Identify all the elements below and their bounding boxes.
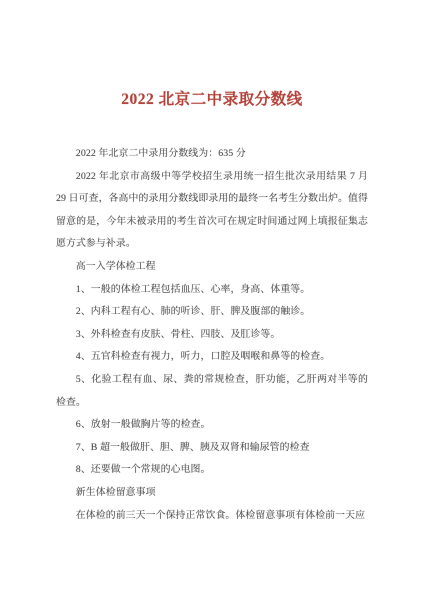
exam-item-8: 8、还要做一个常规的心电图。 <box>56 459 368 482</box>
exam-item-6: 6、放射一般做胸片等的检查。 <box>56 414 368 437</box>
exam-item-7: 7、B 超一般做肝、胆、脾、胰及双肾和输尿管的检查 <box>56 437 368 460</box>
exam-item-4: 4、五官科检查有视力，听力，口腔及咽喉和鼻等的检查。 <box>56 346 368 369</box>
document-body: 2022 年北京二中录用分数线为：635 分 2022 年北京市高级中等学校招生… <box>56 143 368 527</box>
notes-paragraph: 在体检的前三天一个保持正常饮食。体检留意事项有体检前一天应 <box>56 505 368 528</box>
heading-freshman-physical-exam: 高一入学体检工程 <box>56 256 368 279</box>
document-page: 2022 北京二中录取分数线 2022 年北京二中录用分数线为：635 分 20… <box>0 0 424 600</box>
exam-item-5: 5、化验工程有血、尿、粪的常规检查，肝功能，乙肝两对半等的检查。 <box>56 369 368 414</box>
heading-new-student-notes: 新生体检留意事项 <box>56 482 368 505</box>
exam-item-3: 3、外科检查有皮肤、骨柱、四肢、及肛诊等。 <box>56 324 368 347</box>
score-line-paragraph: 2022 年北京二中录用分数线为：635 分 <box>56 143 368 166</box>
exam-item-1: 1、一般的体检工程包括血压、心率，身高、体重等。 <box>56 279 368 302</box>
exam-item-2: 2、内科工程有心、肺的听诊、肝、脾及腹部的触诊。 <box>56 301 368 324</box>
admission-result-paragraph: 2022 年北京市高级中等学校招生录用统一招生批次录用结果 7 月 29 日可查… <box>56 166 368 256</box>
document-title: 2022 北京二中录取分数线 <box>56 90 368 110</box>
